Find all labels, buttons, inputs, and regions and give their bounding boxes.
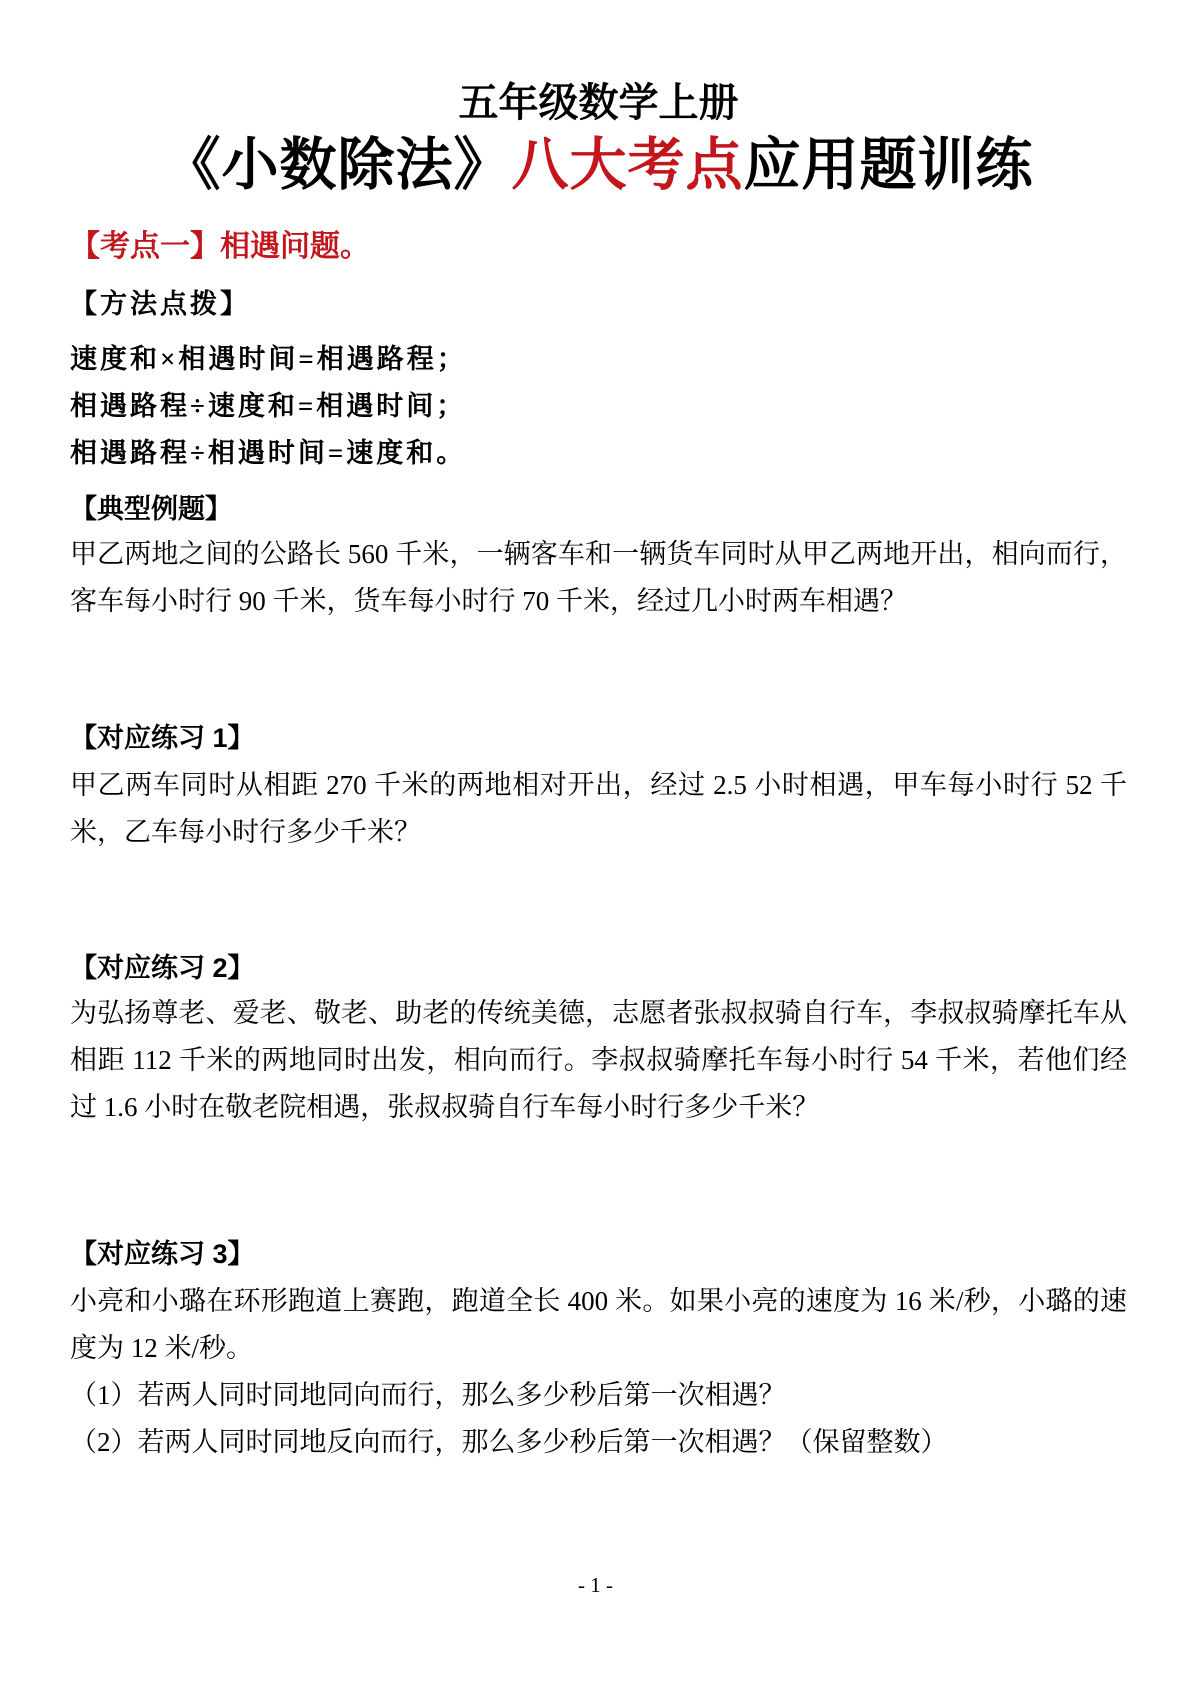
title-book-name: 《小数除法》 [164, 133, 512, 197]
example-label: 【典型例题】 [70, 489, 1127, 529]
document-title-line2: 《小数除法》八大考点应用题训练 [70, 132, 1127, 198]
example-problem-text: 甲乙两地之间的公路长 560 千米，一辆客车和一辆货车同时从甲乙两地开出，相向而… [70, 531, 1127, 625]
formula-line: 速度和×相遇时间=相遇路程； [70, 336, 1127, 383]
formula-line: 相遇路程÷速度和=相遇时间； [70, 383, 1127, 430]
page-number: - 1 - [0, 1572, 1191, 1598]
practice-3-text: 小亮和小璐在环形跑道上赛跑，跑道全长 400 米。如果小亮的速度为 16 米/秒… [70, 1278, 1127, 1372]
practice-3-label: 【对应练习 3】 [70, 1234, 1127, 1274]
practice-2-label: 【对应练习 2】 [70, 948, 1127, 988]
title-highlight-red: 八大考点 [512, 133, 744, 197]
title-suffix: 应用题训练 [744, 133, 1034, 197]
practice-1-label: 【对应练习 1】 [70, 718, 1127, 758]
practice-3-subquestion-2: （2）若两人同时同地反向而行，那么多少秒后第一次相遇？（保留整数） [70, 1419, 1127, 1466]
page-content: 五年级数学上册 《小数除法》八大考点应用题训练 【考点一】相遇问题。 【方法点拨… [0, 78, 1191, 1466]
practice-2-text: 为弘扬尊老、爱老、敬老、助老的传统美德，志愿者张叔叔骑自行车，李叔叔骑摩托车从相… [70, 990, 1127, 1131]
document-title-line1: 五年级数学上册 [70, 78, 1127, 128]
worksheet-page: 五年级数学上册 《小数除法》八大考点应用题训练 【考点一】相遇问题。 【方法点拨… [0, 0, 1191, 1684]
practice-3-subquestion-1: （1）若两人同时同地同向而行，那么多少秒后第一次相遇？ [70, 1372, 1127, 1419]
practice-1-text: 甲乙两车同时从相距 270 千米的两地相对开出，经过 2.5 小时相遇，甲车每小… [70, 762, 1127, 856]
method-tips-label: 【方法点拨】 [70, 286, 1127, 322]
formula-line: 相遇路程÷相遇时间=速度和。 [70, 430, 1127, 477]
topic-heading: 【考点一】相遇问题。 [70, 228, 1127, 266]
